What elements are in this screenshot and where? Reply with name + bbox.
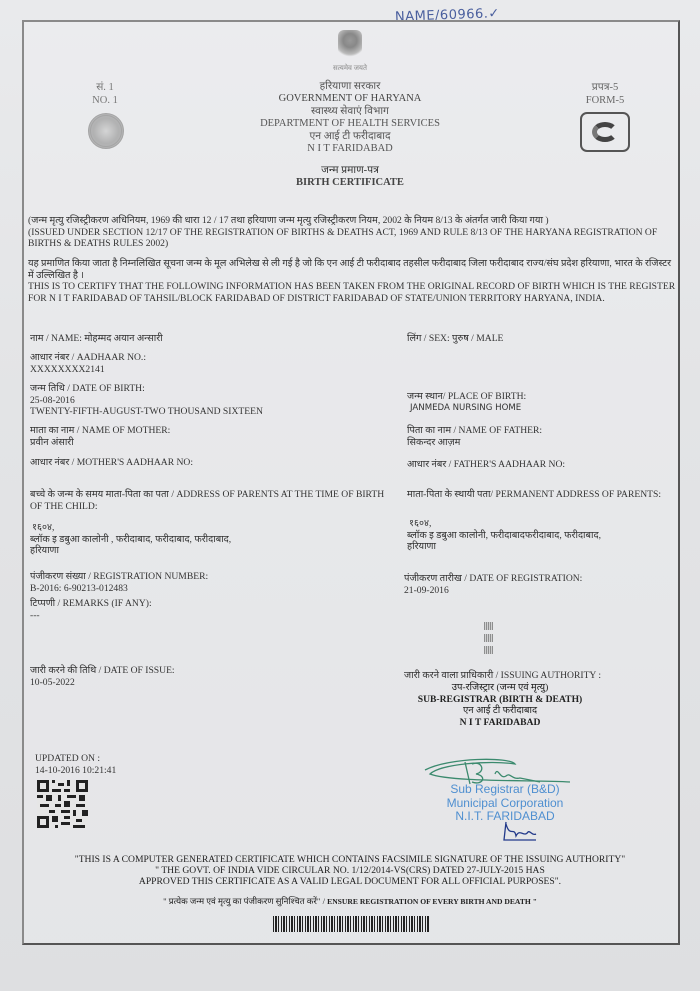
title-hindi: जन्म प्रमाण-पत्र — [200, 165, 500, 178]
dob-value: 25-08-2016 — [30, 395, 263, 407]
crs-logo-icon — [580, 112, 630, 152]
form-english: FORM-5 — [575, 95, 635, 108]
permanent-address-line1: १६०४, — [407, 518, 601, 530]
govt-english: GOVERNMENT OF HARYANA — [200, 93, 500, 106]
date-of-issue-field: जारी करने की तिथि / DATE OF ISSUE: 10-05… — [30, 665, 175, 688]
certify-hindi: यह प्रमाणित किया जाता है निम्नलिखित सूचन… — [28, 258, 678, 281]
form-hindi: प्रपत्र-5 — [575, 82, 635, 95]
haryana-seal-icon — [88, 113, 124, 149]
father-label: पिता का नाम / NAME OF FATHER: — [407, 425, 542, 437]
authority-english: SUB-REGISTRAR (BIRTH & DEATH) — [395, 694, 605, 706]
ensure-registration-note: " प्रत्येक जन्म एवं मृत्यु का पंजीकरण सु… — [60, 896, 640, 907]
permanent-address-line2: ब्लॉक इ डबुआ कालोनी, फरीदाबादफरीदाबाद, फ… — [407, 530, 601, 542]
updated-on: UPDATED ON : 14-10-2016 10:21:41 — [35, 753, 116, 776]
registration-date-label: पंजीकरण तारीख / DATE OF REGISTRATION: — [404, 573, 582, 585]
date-of-issue-value: 10-05-2022 — [30, 677, 175, 689]
no-english: NO. 1 — [75, 95, 135, 108]
dept-english: DEPARTMENT OF HEALTH SERVICES — [200, 118, 500, 131]
permanent-address-line3: हरियाणा — [407, 541, 601, 553]
mother-value: प्रवीन अंसारी — [30, 437, 170, 449]
authority-place-english: N I T FARIDABAD — [395, 717, 605, 729]
father-value: सिकन्दर आज़म — [407, 437, 542, 449]
no-hindi: सं. 1 — [75, 82, 135, 95]
issued-under-hindi: (जन्म मृत्यु रजिस्ट्रीकरण अधिनियम, 1969 … — [28, 215, 678, 227]
registration-number-label: पंजीकरण संख्या / REGISTRATION NUMBER: — [30, 571, 208, 583]
issuing-authority-label: जारी करने वाला प्राधिकारी / ISSUING AUTH… — [404, 670, 601, 682]
remarks-value: --- — [30, 610, 152, 622]
aadhaar-label: आधार नंबर / AADHAAR NO.: — [30, 352, 146, 364]
place-of-birth-label: जन्म स्थान/ PLACE OF BIRTH: — [407, 391, 526, 403]
emblem-motto: सत्यमेव जयते — [200, 62, 500, 75]
ensure-english: ENSURE REGISTRATION OF EVERY BIRTH AND D… — [327, 897, 537, 906]
updated-label: UPDATED ON : — [35, 753, 116, 765]
registration-number-value: B-2016: 6-90213-012483 — [30, 583, 208, 595]
mother-name-field: माता का नाम / NAME OF MOTHER: प्रवीन अंस… — [30, 425, 170, 448]
permanent-address-label: माता-पिता के स्थायी पता/ PERMANENT ADDRE… — [407, 489, 677, 501]
qr-code-icon[interactable] — [37, 780, 88, 828]
date-of-issue-label: जारी करने की तिथि / DATE OF ISSUE: — [30, 665, 175, 677]
issued-under-section: (जन्म मृत्यु रजिस्ट्रीकरण अधिनियम, 1969 … — [28, 215, 678, 250]
dob-label: जन्म तिथि / DATE OF BIRTH: — [30, 383, 263, 395]
address-at-birth-line1: १६०४, — [30, 522, 231, 534]
footer-disclaimer: "THIS IS A COMPUTER GENERATED CERTIFICAT… — [60, 854, 640, 887]
address-at-birth-line3: हरियाणा — [30, 545, 231, 557]
updated-value: 14-10-2016 10:21:41 — [35, 765, 116, 777]
dob-field: जन्म तिथि / DATE OF BIRTH: 25-08-2016 TW… — [30, 383, 263, 418]
place-english: N I T FARIDABAD — [200, 143, 500, 156]
stamp-line2: Municipal Corporation — [440, 797, 570, 811]
issuing-authority-block: उप-रजिस्ट्रार (जन्म एवं मृत्यु) SUB-REGI… — [395, 682, 605, 728]
registration-date-field: पंजीकरण तारीख / DATE OF REGISTRATION: 21… — [404, 573, 582, 596]
father-aadhaar-label: आधार नंबर / FATHER'S AADHAAR NO: — [407, 459, 565, 471]
address-at-birth-label: बच्चे के जन्म के समय माता-पिता का पता / … — [30, 489, 390, 512]
permanent-address: १६०४, ब्लॉक इ डबुआ कालोनी, फरीदाबादफरीदा… — [407, 518, 601, 553]
certificate-number-label: सं. 1 NO. 1 — [75, 82, 135, 107]
registration-number-field: पंजीकरण संख्या / REGISTRATION NUMBER: B-… — [30, 571, 208, 594]
initials-icon — [500, 818, 540, 844]
mini-stamp-icon — [484, 622, 493, 658]
address-at-birth-line2: ब्लॉक इ डबुआ कालोनी , फरीदाबाद, फरीदाबाद… — [30, 534, 231, 546]
father-name-field: पिता का नाम / NAME OF FATHER: सिकन्दर आज… — [407, 425, 542, 448]
place-hindi: एन आई टी फरीदाबाद — [200, 131, 500, 144]
aadhaar-field: आधार नंबर / AADHAAR NO.: XXXXXXXX2141 — [30, 352, 146, 375]
dob-words: TWENTY-FIFTH-AUGUST-TWO THOUSAND SIXTEEN — [30, 406, 263, 418]
place-of-birth-value: JANMEDA NURSING HOME — [407, 403, 526, 415]
footer-line3: APPROVED THIS CERTIFICATE AS A VALID LEG… — [60, 876, 640, 887]
barcode-icon[interactable] — [273, 916, 430, 932]
authority-place-hindi: एन आई टी फरीदाबाद — [395, 705, 605, 717]
issued-under-english: (ISSUED UNDER SECTION 12/17 OF THE REGIS… — [28, 227, 678, 250]
dept-hindi: स्वास्थ्य सेवाएं विभाग — [200, 106, 500, 119]
authority-hindi: उप-रजिस्ट्रार (जन्म एवं मृत्यु) — [395, 682, 605, 694]
certificate-header: सत्यमेव जयते हरियाणा सरकार GOVERNMENT OF… — [200, 30, 500, 190]
national-emblem-icon — [338, 30, 362, 60]
aadhaar-value: XXXXXXXX2141 — [30, 364, 146, 376]
certification-statement: यह प्रमाणित किया जाता है निम्नलिखित सूचन… — [28, 258, 678, 304]
ensure-hindi: " प्रत्येक जन्म एवं मृत्यु का पंजीकरण सु… — [163, 896, 325, 906]
certificate-title: BIRTH CERTIFICATE — [200, 177, 500, 190]
remarks-label: टिप्पणी / REMARKS (IF ANY): — [30, 598, 152, 610]
address-at-birth: १६०४, ब्लॉक इ डबुआ कालोनी , फरीदाबाद, फर… — [30, 522, 231, 557]
registration-date-value: 21-09-2016 — [404, 585, 582, 597]
mother-aadhaar-label: आधार नंबर / MOTHER'S AADHAAR NO: — [30, 457, 193, 469]
sex-field: लिंग / SEX: पुरुष / MALE — [407, 333, 503, 345]
child-name: नाम / NAME: मोहम्मद अयान अन्सारी — [30, 333, 163, 345]
certify-english: THIS IS TO CERTIFY THAT THE FOLLOWING IN… — [28, 281, 678, 304]
form-number-label: प्रपत्र-5 FORM-5 — [575, 82, 635, 107]
govt-hindi: हरियाणा सरकार — [200, 81, 500, 94]
stamp-line1: Sub Registrar (B&D) — [440, 783, 570, 797]
footer-line2: " THE GOVT. OF INDIA VIDE CIRCULAR NO. 1… — [60, 865, 640, 876]
remarks-field: टिप्पणी / REMARKS (IF ANY): --- — [30, 598, 152, 621]
place-of-birth-field: जन्म स्थान/ PLACE OF BIRTH: JANMEDA NURS… — [407, 391, 526, 414]
footer-line1: "THIS IS A COMPUTER GENERATED CERTIFICAT… — [60, 854, 640, 865]
mother-label: माता का नाम / NAME OF MOTHER: — [30, 425, 170, 437]
